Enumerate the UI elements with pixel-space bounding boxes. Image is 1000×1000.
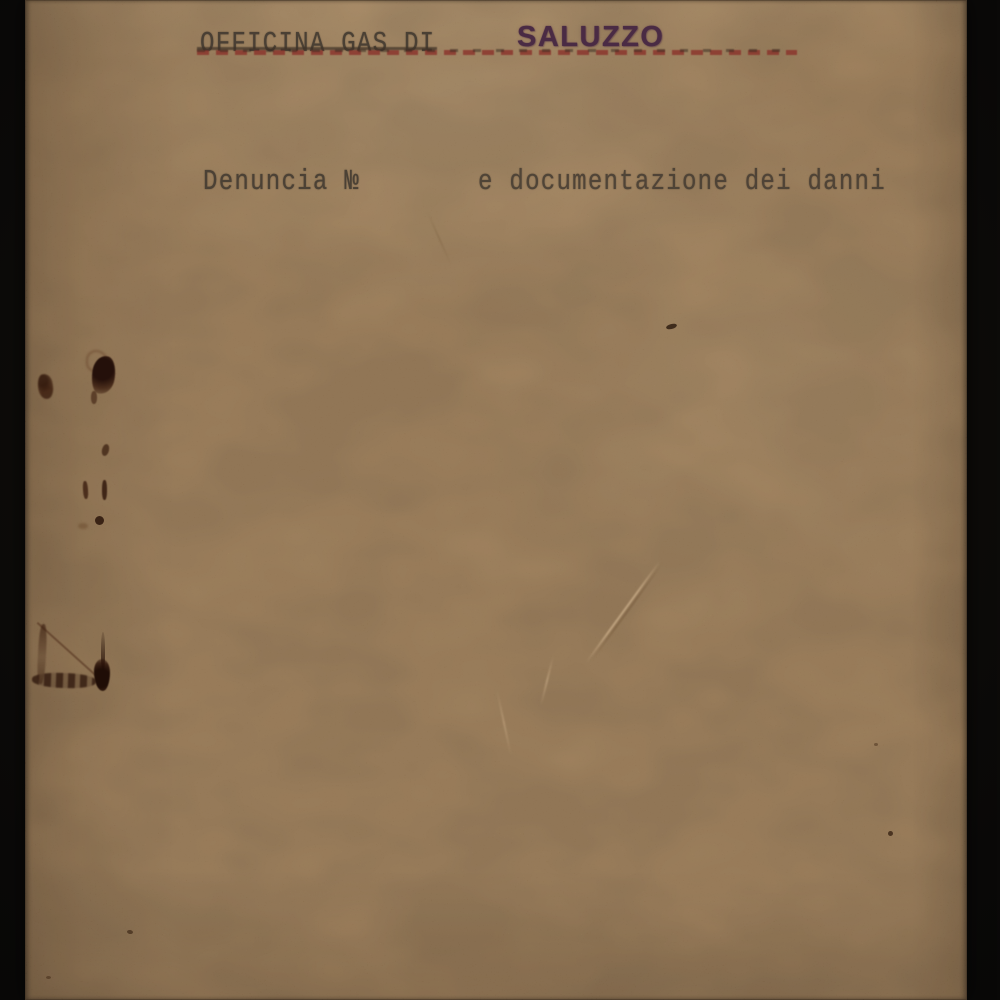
title-stamp-text: SALUZZO (517, 23, 664, 52)
document-page (25, 0, 967, 1000)
title-underline-solid (197, 47, 437, 50)
subject-label: Denuncia № (203, 167, 360, 196)
photo-backdrop: OFFICINA GAS DI SALUZZO Denuncia № e doc… (0, 0, 1000, 1000)
paper-grain-texture (25, 0, 967, 1000)
subject-text: e documentazione dei danni (478, 167, 886, 196)
